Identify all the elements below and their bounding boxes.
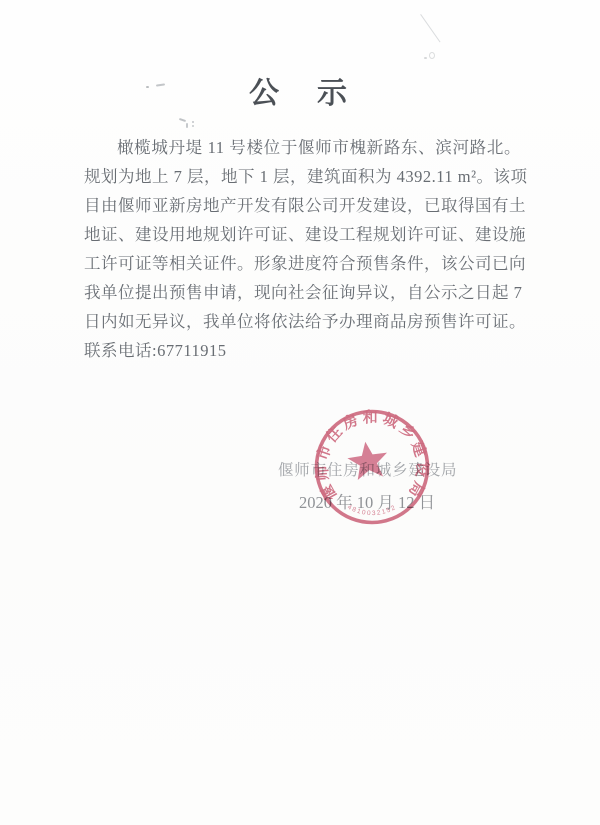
body-line: 工许可证等相关证件。形象进度符合预售条件，该公司已向 bbox=[84, 249, 521, 278]
scan-artifact bbox=[420, 14, 440, 42]
pencil-mark bbox=[186, 123, 188, 128]
seal-star-icon bbox=[345, 439, 390, 481]
pencil-mark bbox=[192, 121, 194, 123]
scan-artifact bbox=[429, 52, 435, 59]
notice-title: 公 示 bbox=[0, 68, 600, 112]
body-line: 地证、建设用地规划许可证、建设工程规划许可证、建设施 bbox=[84, 220, 521, 249]
body-line: 日内如无异议，我单位将依法给予办理商品房预售许可证。 bbox=[84, 307, 521, 336]
pencil-mark bbox=[179, 118, 186, 122]
notice-body: 橄榄城丹堤 11 号楼位于偃师市槐新路东、滨河路北。 规划为地上 7 层，地下 … bbox=[84, 133, 521, 365]
scanned-notice-page: 公 示 橄榄城丹堤 11 号楼位于偃师市槐新路东、滨河路北。 规划为地上 7 层… bbox=[0, 0, 600, 825]
scan-artifact bbox=[424, 57, 427, 59]
body-line: 目由偃师亚新房地产开发有限公司开发建设，已取得国有土 bbox=[84, 191, 521, 220]
official-seal: 偃师市住房和城乡建设局 4810032152 bbox=[310, 405, 434, 529]
contact-phone-line: 联系电话:67711915 bbox=[84, 336, 521, 365]
seal-serial-number: 4810032152 bbox=[346, 504, 398, 517]
body-line: 规划为地上 7 层，地下 1 层，建筑面积为 4392.11 m²。该项 bbox=[84, 162, 521, 191]
body-line: 橄榄城丹堤 11 号楼位于偃师市槐新路东、滨河路北。 bbox=[84, 133, 521, 162]
body-line: 我单位提出预售申请，现向社会征询异议，自公示之日起 7 bbox=[84, 278, 521, 307]
